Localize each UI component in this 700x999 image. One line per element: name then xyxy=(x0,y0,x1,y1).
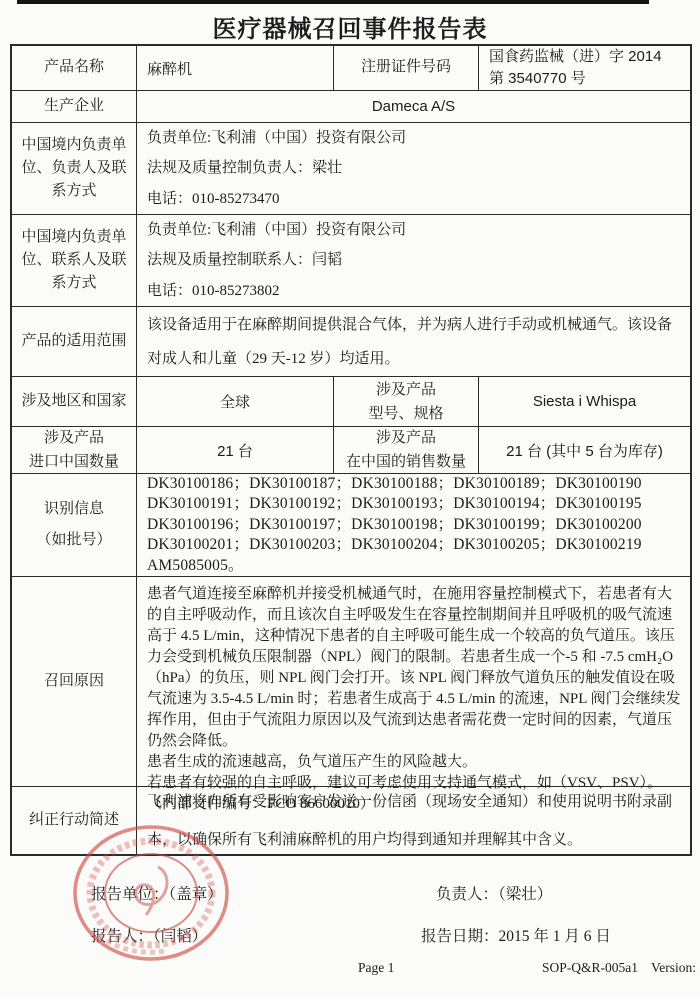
serial-line: DK30100196；DK30100197；DK30100198；DK30100… xyxy=(147,515,642,535)
responsible-person-line: 法规及质量控制负责人：梁壮 xyxy=(147,153,342,184)
table-row-corrective-action: 纠正行动简述 飞利浦将向所有受影响客户发送一份信函（现场安全通知）和使用说明书附… xyxy=(12,787,690,854)
contact-unit-line: 负责单位:飞利浦（中国）投资有限公司 xyxy=(147,215,406,246)
table-row-recall-reason: 召回原因 患者气道连接至麻醉机并接受机械通气时，在施用容量控制模式下，若患者有大… xyxy=(12,577,690,787)
registration-no-label: 注册证件号码 xyxy=(334,46,479,90)
table-row-product: 产品名称 麻醉机 注册证件号码 国食药监械（进）字 2014 第 3540770… xyxy=(12,46,690,91)
contact-value: 负责单位:飞利浦（中国）投资有限公司 法规及质量控制联系人：闫韬 电话：010-… xyxy=(137,215,690,306)
recall-reason-label: 召回原因 xyxy=(12,577,137,786)
serial-line: DK30100201；DK30100203；DK30100204；DK30100… xyxy=(147,535,642,555)
contact-person-line: 法规及质量控制联系人：闫韬 xyxy=(147,245,342,276)
corrective-action-label: 纠正行动简述 xyxy=(12,787,137,854)
china-sales-value: 21 台 (其中 5 台为库存) xyxy=(479,427,690,473)
product-name-value: 麻醉机 xyxy=(137,46,334,90)
responsible-person-line: 负责人：（梁壮） xyxy=(436,882,552,904)
import-qty-label: 涉及产品 进口中国数量 xyxy=(12,427,137,473)
table-row-regions: 涉及地区和国家 全球 涉及产品 型号、规格 Siesta i Whispa xyxy=(12,377,690,427)
responsible-label: 中国境内负责单位、负责人及联系方式 xyxy=(12,123,137,214)
page-title: 医疗器械召回事件报告表 xyxy=(0,9,700,44)
identification-value: DK30100186；DK30100187；DK30100188；DK30100… xyxy=(137,474,690,576)
product-name-label: 产品名称 xyxy=(12,46,137,90)
table-row-identification: 识别信息 （如批号） DK30100186；DK30100187；DK30100… xyxy=(12,474,690,577)
model-spec-label: 涉及产品 型号、规格 xyxy=(334,377,479,426)
report-date-line: 报告日期：2015 年 1 月 6 日 xyxy=(421,924,611,946)
recall-reason-paragraph: 患者生成的流速越高，负气道压产生的风险越大。 xyxy=(147,752,477,773)
import-qty-value: 21 台 xyxy=(137,427,334,473)
scope-value: 该设备适用于在麻醉期间提供混合气体，并为病人进行手动或机械通气。该设备对成人和儿… xyxy=(137,307,690,376)
registration-no-value: 国食药监械（进）字 2014 第 3540770 号 xyxy=(479,46,690,90)
corrective-action-value: 飞利浦将向所有受影响客户发送一份信函（现场安全通知）和使用说明书附录副本，以确保… xyxy=(137,787,690,854)
table-row-contact: 中国境内负责单位、联系人及联系方式 负责单位:飞利浦（中国）投资有限公司 法规及… xyxy=(12,215,690,307)
table-row-manufacturer: 生产企业 Dameca A/S xyxy=(12,91,690,123)
responsible-unit-line: 负责单位:飞利浦（中国）投资有限公司 xyxy=(147,123,406,154)
recall-reason-paragraph: 患者气道连接至麻醉机并接受机械通气时，在施用容量控制模式下，若患者有大的自主呼吸… xyxy=(147,584,686,752)
regions-label: 涉及地区和国家 xyxy=(12,377,137,426)
report-unit-line: 报告单位：（盖章） xyxy=(91,882,223,904)
reporter-line: 报告人：（闫韬） xyxy=(91,924,207,946)
serial-line: DK30100191；DK30100192；DK30100193；DK30100… xyxy=(147,494,642,514)
scope-label: 产品的适用范围 xyxy=(12,307,137,376)
recall-report-table: 产品名称 麻醉机 注册证件号码 国食药监械（进）字 2014 第 3540770… xyxy=(10,44,692,856)
contact-phone-line: 电话：010-85273802 xyxy=(147,276,280,307)
table-row-quantities: 涉及产品 进口中国数量 21 台 涉及产品 在中国的销售数量 21 台 (其中 … xyxy=(12,427,690,474)
recall-reason-value: 患者气道连接至麻醉机并接受机械通气时，在施用容量控制模式下，若患者有大的自主呼吸… xyxy=(137,577,690,786)
model-spec-value: Siesta i Whispa xyxy=(479,377,690,426)
contact-label: 中国境内负责单位、联系人及联系方式 xyxy=(12,215,137,306)
identification-label: 识别信息 （如批号） xyxy=(12,474,137,576)
serial-line: DK30100186；DK30100187；DK30100188；DK30100… xyxy=(147,474,642,494)
responsible-value: 负责单位:飞利浦（中国）投资有限公司 法规及质量控制负责人：梁壮 电话：010-… xyxy=(137,123,690,214)
responsible-phone-line: 电话：010-85273470 xyxy=(147,184,280,215)
regions-value: 全球 xyxy=(137,377,334,426)
doc-code: SOP-Q&R-005a1 xyxy=(542,960,638,976)
table-row-responsible: 中国境内负责单位、负责人及联系方式 负责单位:飞利浦（中国）投资有限公司 法规及… xyxy=(12,123,690,215)
doc-version: Version: 2.0 xyxy=(651,960,700,976)
page-number: Page 1 xyxy=(358,960,394,976)
scan-top-edge-bar xyxy=(17,0,649,4)
china-sales-label: 涉及产品 在中国的销售数量 xyxy=(334,427,479,473)
table-row-scope: 产品的适用范围 该设备适用于在麻醉期间提供混合气体，并为病人进行手动或机械通气。… xyxy=(12,307,690,377)
manufacturer-value: Dameca A/S xyxy=(137,91,690,122)
serial-line: AM5085005。 xyxy=(147,556,244,576)
manufacturer-label: 生产企业 xyxy=(12,91,137,122)
